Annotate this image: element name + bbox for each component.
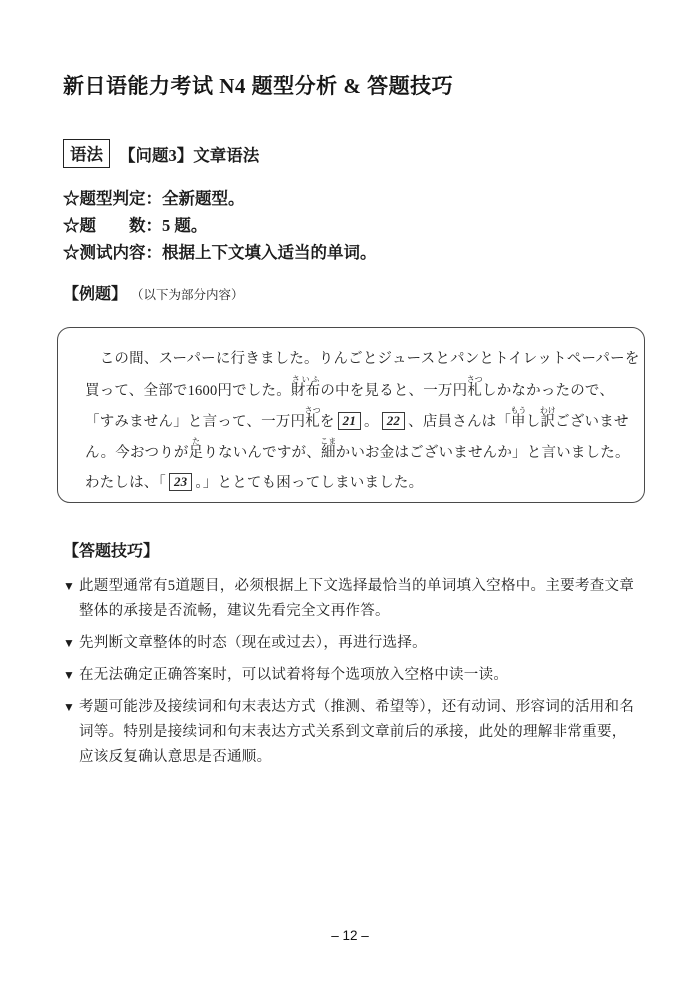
- section-header: 语法 【问题3】文章语法: [63, 139, 259, 168]
- passage-text: しかなかったので、: [482, 383, 614, 399]
- furigana-text: もう: [510, 406, 526, 415]
- furigana-text: た: [189, 437, 204, 446]
- furigana-text: さつ: [467, 375, 483, 384]
- question-number-box: 22: [382, 412, 405, 430]
- tip-text: 考题可能涉及接续词和句末表达方式（推测、希望等），还有动词、形容词的活用和名词等…: [79, 695, 641, 770]
- passage-text: 。: [364, 414, 379, 430]
- furigana-text: さいふ: [291, 375, 320, 384]
- furigana-ruby: 札さつ: [467, 383, 482, 399]
- passage-line: わたしは、「23。」ととても困ってしまいました。: [85, 468, 628, 499]
- triangle-bullet-icon: ▼: [63, 631, 79, 656]
- section-heading: 【问题3】文章语法: [119, 142, 259, 166]
- furigana-ruby: 細こま: [321, 445, 336, 461]
- tips-list: ▼此题型通常有5道题目，必须根据上下文选择最恰当的单词填入空格中。主要考查文章整…: [63, 574, 641, 777]
- question-spec-list: ☆题型判定：全新题型。☆题 数：5 题。☆测试内容：根据上下文填入适当的单词。: [63, 185, 377, 266]
- page-number: – 12 –: [0, 928, 700, 943]
- passage-line: 「すみません」と言って、一万円札さつを21。22、店員さんは「申もうし訳わけござ…: [85, 406, 628, 437]
- furigana-ruby: 財布さいふ: [291, 383, 320, 399]
- triangle-bullet-icon: ▼: [63, 574, 79, 624]
- document-page: 新日语能力考试 N4 题型分析 & 答题技巧 语法 【问题3】文章语法 ☆题型判…: [0, 0, 700, 983]
- passage-line: 買って、全部で1600円でした。財布さいふの中を見ると、一万円札さつしかなかった…: [85, 375, 628, 406]
- passage-text: りないんですが、: [203, 445, 321, 461]
- passage-text: かいお金はございませんか」と言いました。: [336, 445, 630, 461]
- page-title: 新日语能力考试 N4 题型分析 & 答题技巧: [63, 70, 453, 100]
- passage-line: この間、スーパーに行きました。りんごとジュースとパンとトイレットペーパーを: [85, 344, 628, 375]
- triangle-bullet-icon: ▼: [63, 663, 79, 688]
- passage-text: 、店員さんは「: [408, 414, 511, 430]
- grammar-tag-box: 语法: [63, 139, 110, 168]
- example-label-row: 【例题】 （以下为部分内容）: [63, 281, 244, 304]
- furigana-ruby: 足た: [189, 445, 204, 461]
- spec-line: ☆题 数：5 题。: [63, 212, 377, 239]
- example-label: 【例题】: [63, 286, 127, 303]
- example-passage-box: この間、スーパーに行きました。りんごとジュースとパンとトイレットペーパーを買って…: [57, 327, 645, 503]
- tip-item: ▼此题型通常有5道题目，必须根据上下文选择最恰当的单词填入空格中。主要考查文章整…: [63, 574, 641, 624]
- question-number-box: 21: [338, 412, 361, 430]
- furigana-text: わけ: [540, 406, 556, 415]
- passage-text: を: [320, 414, 335, 430]
- passage-text: の中を見ると、一万円: [320, 383, 467, 399]
- furigana-ruby: 札さつ: [305, 414, 320, 430]
- tip-text: 在无法确定正确答案时，可以试着将每个选项放入空格中读一读。: [79, 663, 641, 688]
- passage-text: この間、スーパーに行きました。りんごとジュースとパンとトイレットペーパーを: [85, 351, 640, 367]
- passage-text: ございませ: [555, 414, 629, 430]
- tips-heading: 【答题技巧】: [63, 538, 159, 561]
- spec-line: ☆测试内容：根据上下文填入适当的单词。: [63, 239, 377, 266]
- passage-text: 。」ととても困ってしまいました。: [195, 475, 423, 491]
- triangle-bullet-icon: ▼: [63, 695, 79, 770]
- passage-text: 買って、全部で1600円でした。: [85, 383, 291, 399]
- passage-text: し: [526, 414, 541, 430]
- passage-text: わたしは、「: [85, 475, 166, 491]
- furigana-text: こま: [320, 437, 336, 446]
- passage-text: ん。今おつりが: [85, 445, 189, 461]
- furigana-ruby: 申もう: [511, 414, 526, 430]
- example-note: （以下为部分内容）: [131, 288, 244, 302]
- spec-line: ☆题型判定：全新题型。: [63, 185, 377, 212]
- question-number-box: 23: [169, 473, 192, 491]
- tip-item: ▼先判断文章整体的时态（现在或过去），再进行选择。: [63, 631, 641, 656]
- tip-text: 先判断文章整体的时态（现在或过去），再进行选择。: [79, 631, 641, 656]
- tip-item: ▼在无法确定正确答案时，可以试着将每个选项放入空格中读一读。: [63, 663, 641, 688]
- passage-text: 「すみません」と言って、一万円: [85, 414, 305, 430]
- furigana-text: さつ: [305, 406, 321, 415]
- passage-line: ん。今おつりが足たりないんですが、細こまかいお金はございませんか」と言いました。: [85, 437, 628, 468]
- tip-item: ▼考题可能涉及接续词和句末表达方式（推测、希望等），还有动词、形容词的活用和名词…: [63, 695, 641, 770]
- tip-text: 此题型通常有5道题目，必须根据上下文选择最恰当的单词填入空格中。主要考查文章整体…: [79, 574, 641, 624]
- furigana-ruby: 訳わけ: [540, 414, 555, 430]
